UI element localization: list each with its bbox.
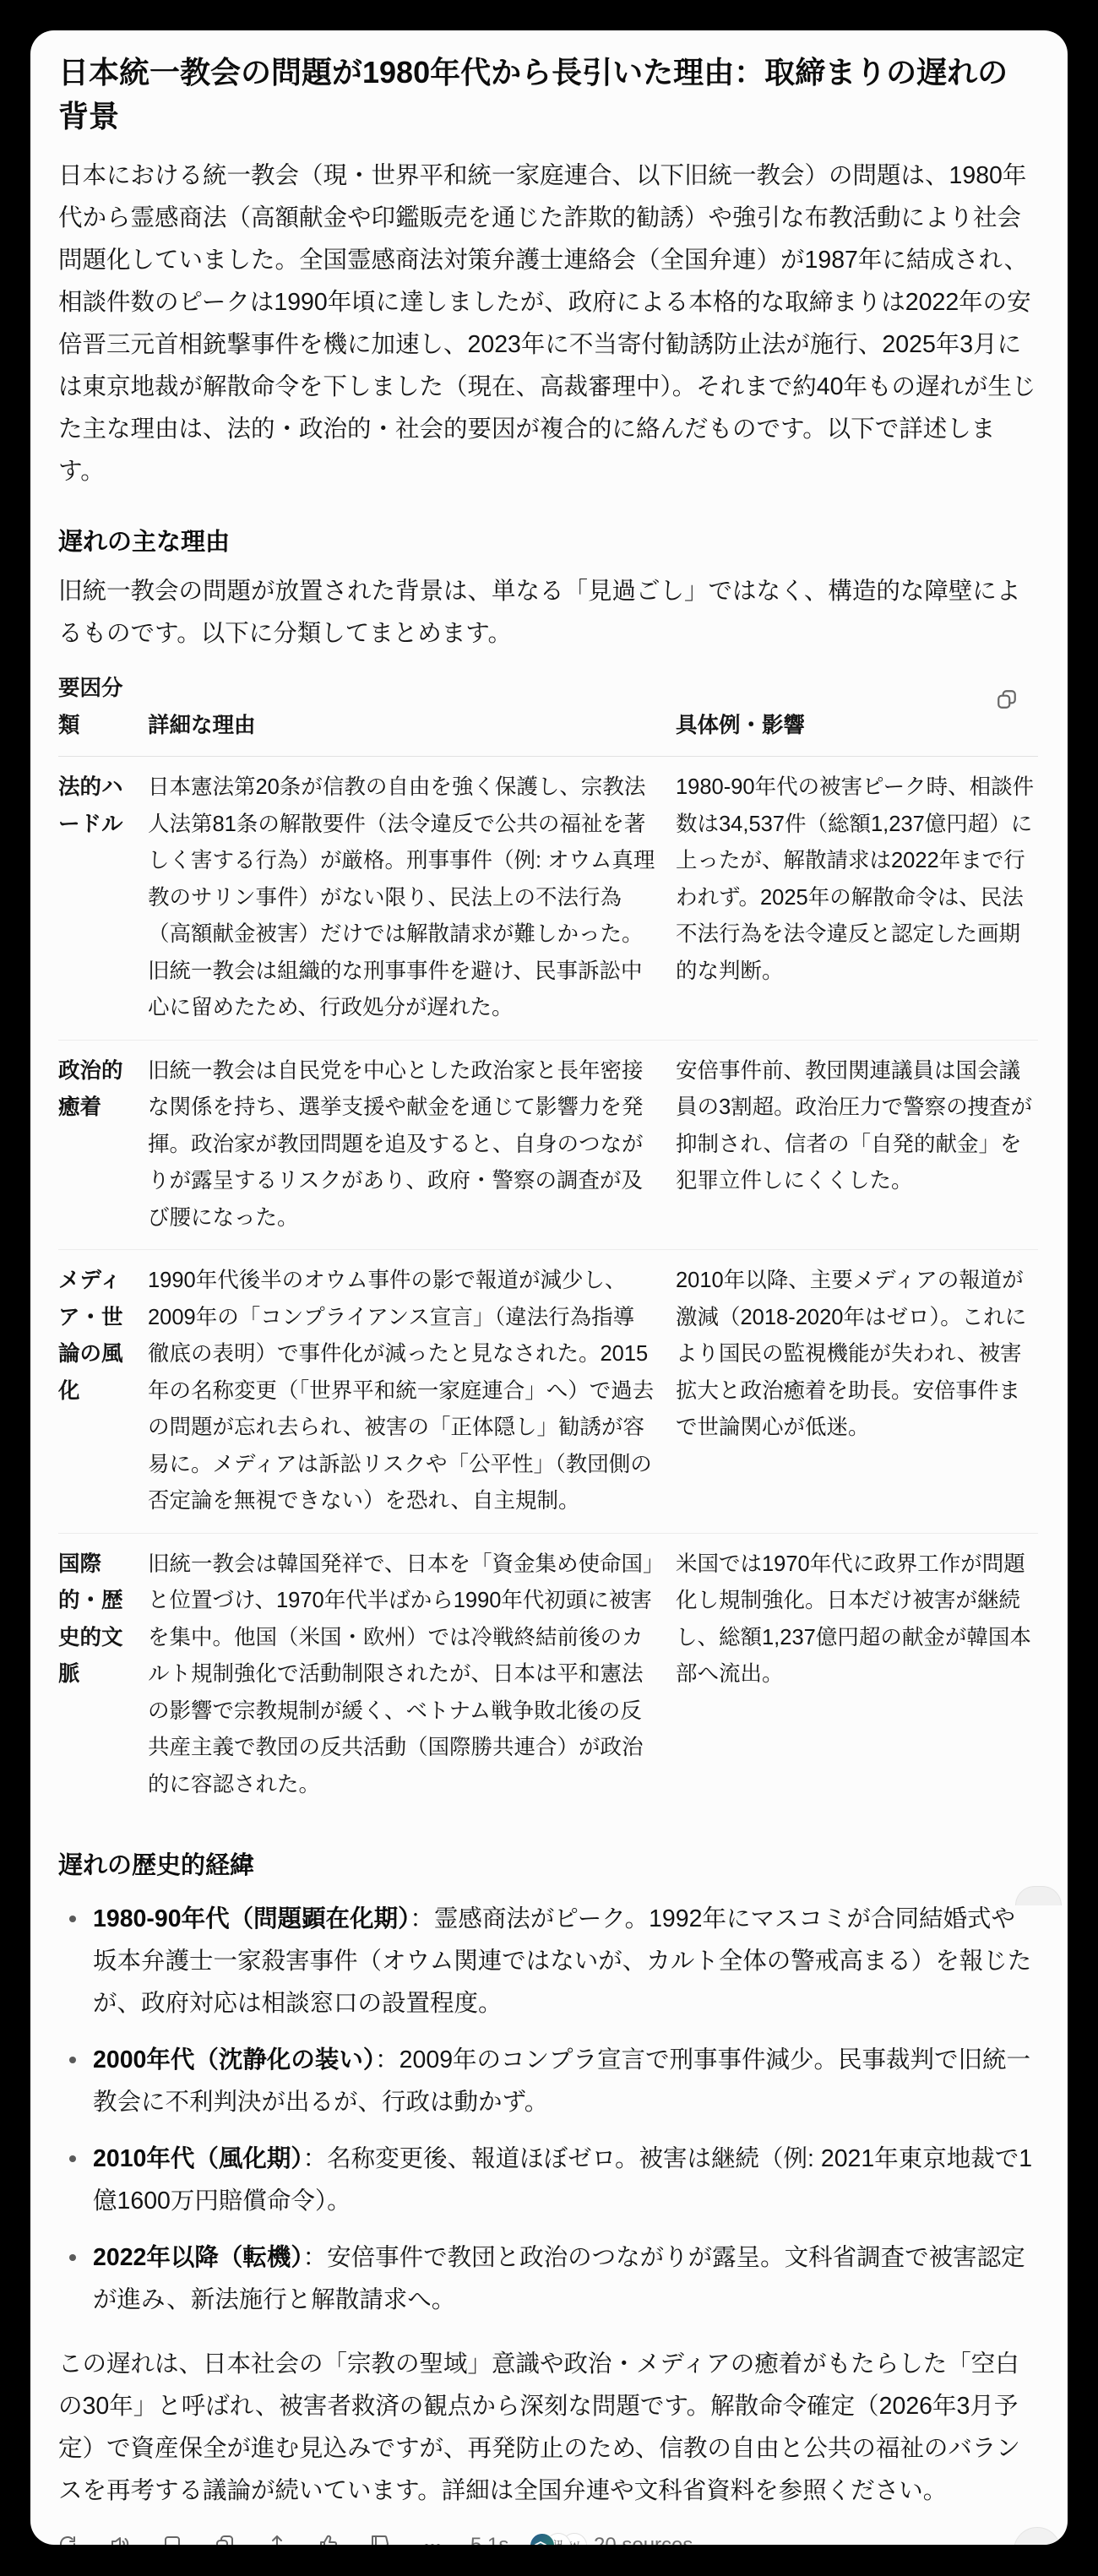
copy-icon[interactable] [215,2534,235,2545]
list-item-term: 1980-90年代（問題顕在化期） [93,1905,410,1932]
table-row: 法的ハードル 日本憲法第20条が信教の自由を強く保護し、宗教法人法第81条の解散… [58,757,1038,1041]
reasons-lead-paragraph: 旧統一教会の問題が放置された背景は、単なる「見過ごし」ではなく、構造的な障壁によ… [58,570,1038,655]
cell-category: メディア・世論の風化 [58,1250,148,1534]
cell-detail: 日本憲法第20条が信教の自由を強く保護し、宗教法人法第81条の解散要件（法令違反… [148,757,676,1041]
cell-example: 安倍事件前、教団関連議員は国会議員の3割超。政治圧力で警察の捜査が抑制され、信者… [676,1040,1038,1250]
conclusion-paragraph: この遅れは、日本社会の「宗教の聖域」意識や政治・メディアの癒着がもたらした「空白… [58,2343,1038,2512]
share-icon[interactable] [267,2534,287,2545]
list-item: 2022年以降（転機）：安倍事件で教団と政治のつながりが露呈。文科省調査で被害認… [93,2236,1038,2321]
response-card: 日本統一教会の問題が1980年代から長引いた理由：取締まりの遅れの背景 日本にお… [30,30,1068,2545]
column-header-detail: 詳細な理由 [148,670,676,757]
reasons-heading: 遅れの主な理由 [58,524,1038,561]
read-aloud-icon[interactable] [109,2534,129,2545]
response-content: 日本統一教会の問題が1980年代から長引いた理由：取締まりの遅れの背景 日本にお… [30,30,1068,2512]
cell-detail: 旧統一教会は韓国発祥で、日本を「資金集め使命国」と位置づけ、1970年代半ばから… [148,1533,676,1816]
history-list: 1980-90年代（問題顕在化期）：霊感商法がピーク。1992年にマスコミが合同… [58,1898,1038,2321]
list-item-term: 2022年以降（転機） [93,2244,303,2271]
cell-example: 2010年以降、主要メディアの報道が激減（2018-2020年はゼロ）。これによ… [676,1250,1038,1534]
reasons-table: 要因分類 詳細な理由 具体例・影響 法的ハードル 日本憲法第20条が信教の自由を… [58,670,1038,1816]
table-copy-icon[interactable] [996,688,1018,710]
cell-category: 政治的癒着 [58,1040,148,1250]
cell-example: 1980-90年代の被害ピーク時、相談件数は34,537件（総額1,237億円超… [676,757,1038,1041]
cell-detail: 1990年代後半のオウム事件の影で報道が減少し、2009年の「コンプライアンス宣… [148,1250,676,1534]
square-icon[interactable] [162,2534,182,2545]
list-item: 1980-90年代（問題顕在化期）：霊感商法がピーク。1992年にマスコミが合同… [93,1898,1038,2024]
table-row: メディア・世論の風化 1990年代後半のオウム事件の影で報道が減少し、2009年… [58,1250,1038,1534]
regenerate-icon[interactable] [57,2534,78,2545]
cell-category: 国際的・歴史的文脈 [58,1533,148,1816]
reasons-table-container: 要因分類 詳細な理由 具体例・影響 法的ハードル 日本憲法第20条が信教の自由を… [58,670,1038,1816]
table-header-row: 要因分類 詳細な理由 具体例・影響 [58,670,1038,757]
list-item: 2000年代（沈静化の装い）：2009年のコンプラ宣言で刑事事件減少。民事裁判で… [93,2039,1038,2123]
list-item-term: 2010年代（風化期） [93,2145,303,2172]
thumbs-up-icon[interactable] [318,2534,339,2545]
response-action-bar: 5.1s 讯 W 20 sources [58,2532,818,2545]
column-header-example: 具体例・影響 [676,670,1038,757]
list-item-term: 2000年代（沈静化の装い） [93,2046,375,2073]
cell-example: 米国では1970年代に政界工作が問題化し規制強化。日本だけ被害が継続し、総額1,… [676,1533,1038,1816]
response-time: 5.1s [470,2534,508,2545]
scroll-to-bottom-button[interactable] [1014,2527,1061,2545]
thumbs-down-icon[interactable] [370,2534,390,2545]
cell-detail: 旧統一教会は自民党を中心とした政治家と長年密接な関係を持ち、選挙支援や献金を通じ… [148,1040,676,1250]
column-header-category: 要因分類 [58,670,148,757]
history-heading: 遅れの歴史的経緯 [58,1847,1038,1884]
table-row: 政治的癒着 旧統一教会は自民党を中心とした政治家と長年密接な関係を持ち、選挙支援… [58,1040,1038,1250]
sources-button[interactable]: 20 sources [594,2534,693,2545]
list-item: 2010年代（風化期）：名称変更後、報道ほぼゼロ。被害は継続（例: 2021年東… [93,2138,1038,2222]
more-icon[interactable] [422,2534,443,2545]
intro-paragraph: 日本における統一教会（現・世界平和統一家庭連合、以下旧統一教会）の問題は、198… [58,155,1038,492]
response-title: 日本統一教会の問題が1980年代から長引いた理由：取締まりの遅れの背景 [58,51,1038,139]
table-row: 国際的・歴史的文脈 旧統一教会は韓国発祥で、日本を「資金集め使命国」と位置づけ、… [58,1533,1038,1816]
cell-category: 法的ハードル [58,757,148,1041]
